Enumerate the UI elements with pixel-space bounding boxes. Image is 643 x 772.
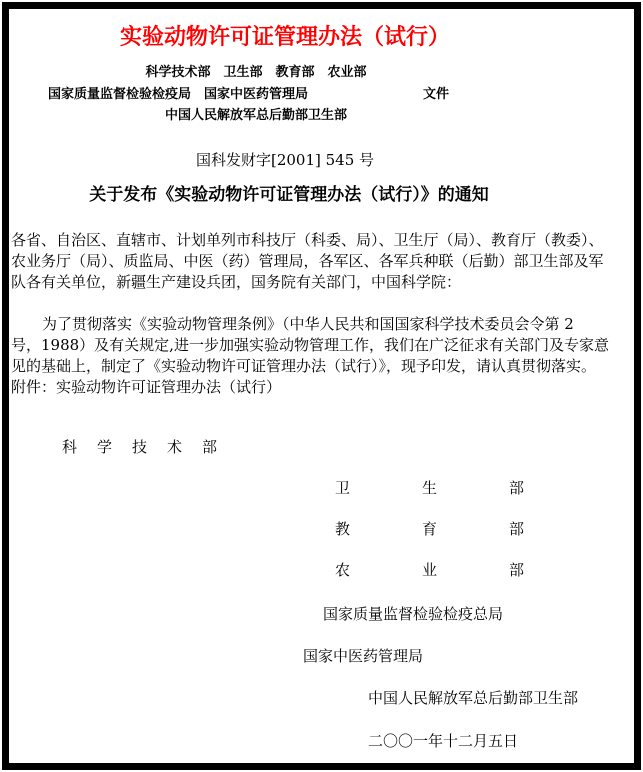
addressees-paragraph: 各省、自治区、直辖市、计划单列市科技厅（科委、局）、卫生厅（局）、教育厅（教委）… — [11, 230, 631, 293]
header-agencies-line-2-text: 国家质量监督检验检疫局 国家中医药管理局 — [48, 87, 308, 102]
document-border-frame: 实验动物许可证管理办法（试行） 科学技术部 卫生部 教育部 农业部 国家质量监督… — [2, 2, 641, 770]
document-word-label: 文件 — [423, 84, 449, 106]
document-date: 二〇〇一年十二月五日 — [368, 731, 518, 751]
main-body-paragraph: 为了贯彻落实《实验动物管理条例》（中华人民共和国国家科学技术委员会令第 2 号，… — [11, 314, 631, 398]
signature-ministry-education: 教育部 — [335, 519, 596, 539]
header-agencies-line-3: 中国人民解放军总后勤部卫生部 — [9, 105, 503, 127]
document-title: 实验动物许可证管理办法（试行） — [9, 22, 561, 52]
signature-ministry-science-technology: 科学技术部 — [62, 437, 237, 457]
document-reference-number: 国科发财字[2001] 545 号 — [9, 150, 561, 170]
header-agencies-line-1: 科学技术部 卫生部 教育部 农业部 — [9, 62, 503, 84]
signature-ministry-agriculture: 农业部 — [335, 560, 596, 580]
signature-quality-inspection-administration: 国家质量监督检验检疫总局 — [323, 604, 503, 624]
issuing-agencies-header: 科学技术部 卫生部 教育部 农业部 国家质量监督检验检疫局 国家中医药管理局 中… — [9, 62, 503, 127]
notice-title: 关于发布《实验动物许可证管理办法（试行）》的通知 — [9, 184, 569, 206]
signature-tcm-administration: 国家中医药管理局 — [303, 646, 423, 666]
signature-pla-logistics-health-department: 中国人民解放军总后勤部卫生部 — [368, 688, 578, 708]
signature-ministry-health: 卫生部 — [335, 478, 596, 498]
